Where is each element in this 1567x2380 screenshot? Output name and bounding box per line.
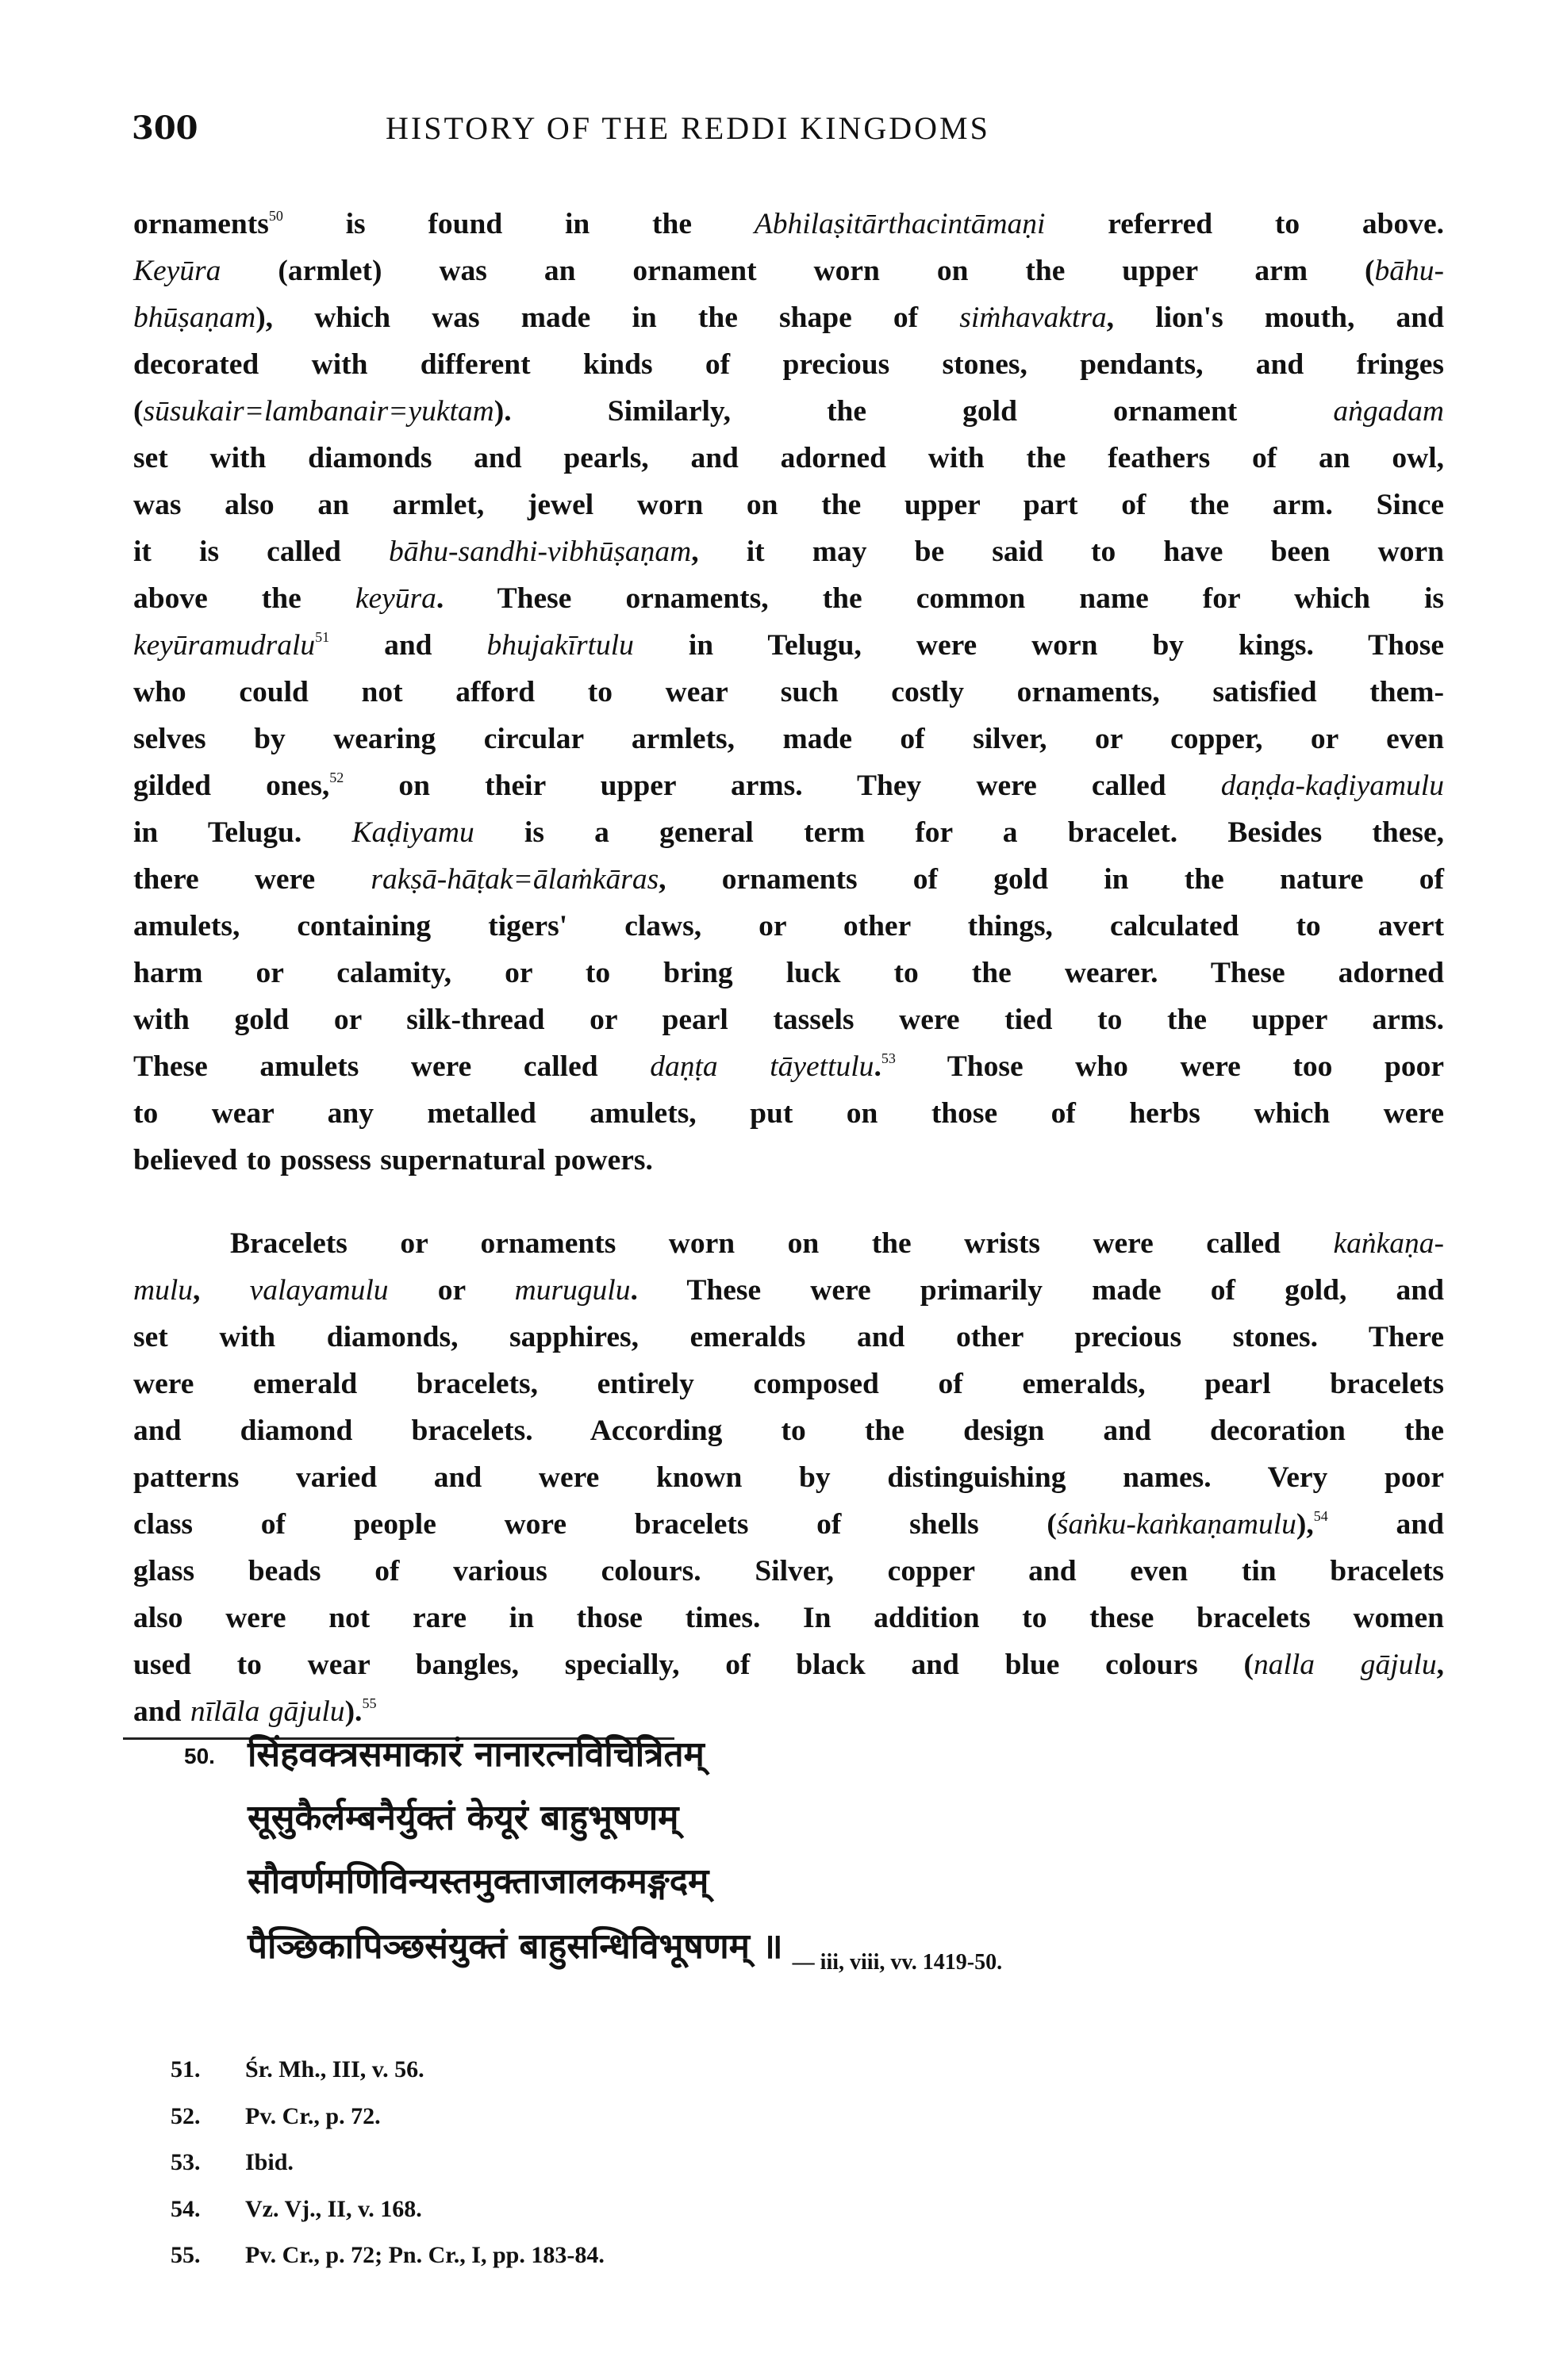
italic-term: sūsukair=lambanair=yuktam [144,395,494,428]
sanskrit-verse-line: सूसुकैर्लम्बनैर्युक्तं केयूरं बाहुभूषणम् [248,1787,678,1850]
italic-term: Kaḍiyamu [352,816,474,849]
italic-term: śaṅku-kaṅkaṇamulu [1057,1508,1296,1541]
footnote-reference: 54 [1314,1508,1328,1524]
text-line: also were not rare in those times. In ad… [133,1595,1444,1641]
text-line: were emerald bracelets, entirely compose… [133,1361,1444,1407]
footnote-number: 50. [184,1744,215,1769]
text-line: with gold or silk-thread or pearl tassel… [133,996,1444,1043]
footnote-text: Śr. Mh., III, v. 56. [245,2047,424,2094]
text-line: and diamond bracelets. According to the … [133,1407,1444,1454]
italic-term: murugulu [515,1274,631,1307]
text-line: set with diamonds, sapphires, emeralds a… [133,1314,1444,1361]
text-line: selves by wearing circular armlets, made… [133,716,1444,762]
text-line: mulu, valayamulu or murugulu. These were… [133,1267,1444,1314]
footnote-text: Ibid. [245,2140,294,2186]
italic-term: bāhu- [1375,255,1445,287]
footnote-reference: 55 [362,1695,376,1711]
footnote-53: 53. Ibid. [171,2140,1202,2186]
text-line: it is called bāhu-sandhi-vibhūṣaṇam, it … [133,528,1444,575]
italic-term: Abhilaṣitārthacintāmaṇi [755,208,1046,240]
text-line: amulets, containing tigers' claws, or ot… [133,903,1444,950]
text-line: used to wear bangles, specially, of blac… [133,1641,1444,1688]
text-line: Bracelets or ornaments worn on the wrist… [133,1220,1444,1267]
sanskrit-verse-text: पैञ्छिकापिञ्छसंयुक्तं बाहुसन्धिविभूषणम् … [248,1926,783,1967]
text-line: was also an armlet, jewel worn on the up… [133,482,1444,528]
italic-term: valayamulu [250,1274,389,1307]
italic-term: bāhu-sandhi-vibhūṣaṇam [389,535,691,568]
text-line: glass beads of various colours. Silver, … [133,1548,1444,1595]
text-line: gilded ones,52 on their upper arms. They… [133,762,1444,809]
footnote-number: 53. [171,2140,201,2186]
italic-term: mulu [133,1274,193,1307]
italic-term: daṇṭa tāyettulu [650,1050,874,1083]
sanskrit-verse-line: सिंहवक्त्रसमाकारं नानारत्नविचित्रितम् [248,1723,705,1787]
italic-term: bhujakīrtulu [487,629,634,662]
text-line: who could not afford to wear such costly… [133,669,1444,716]
text-line: in Telugu. Kaḍiyamu is a general term fo… [133,809,1444,856]
text-line: above the keyūra. These ornaments, the c… [133,575,1444,622]
paragraph-1: ornaments50 is found in the Abhilaṣitārt… [133,201,1444,1184]
sanskrit-verse-line-last: पैञ्छिकापिञ्छसंयुक्तं बाहुसन्धिविभूषणम् … [248,1915,1002,1994]
footnote-reference: 52 [329,770,344,785]
footnote-52: 52. Pv. Cr., p. 72. [171,2094,1202,2140]
verse-reference: — iii, viii, vv. 1419-50. [793,1950,1002,1975]
italic-term: nalla gājulu [1254,1649,1437,1681]
footnote-51: 51. Śr. Mh., III, v. 56. [171,2047,1202,2094]
italic-term: bhūṣaṇam [133,301,255,334]
italic-term: Keyūra [133,255,221,287]
footnote-number: 55. [171,2232,201,2279]
italic-term: siṁhavaktra [959,301,1106,334]
italic-term: keyūramudralu [133,629,315,662]
footnote-number: 54. [171,2186,201,2233]
text-line: ornaments50 is found in the Abhilaṣitārt… [133,201,1444,248]
italic-term: aṅgadam [1333,395,1444,428]
footnote-reference: 50 [269,208,283,224]
footnote-number: 51. [171,2047,201,2094]
footnote-text: Pv. Cr., p. 72; Pn. Cr., I, pp. 183-84. [245,2232,605,2279]
book-page: 300 HISTORY OF THE REDDI KINGDOMS orname… [0,0,1567,2380]
running-head: 300 HISTORY OF THE REDDI KINGDOMS [132,105,1449,152]
running-title: HISTORY OF THE REDDI KINGDOMS [386,105,990,152]
text-line: there were rakṣā-hāṭak=ālaṁkāras, orname… [133,856,1444,903]
footnote-number: 52. [171,2094,201,2140]
footnote-55: 55. Pv. Cr., p. 72; Pn. Cr., I, pp. 183-… [171,2232,1202,2279]
footnote-54: 54. Vz. Vj., II, v. 168. [171,2186,1202,2233]
text-line: keyūramudralu51 and bhujakīrtulu in Telu… [133,622,1444,669]
text-line: set with diamonds and pearls, and adorne… [133,435,1444,482]
text-line: believed to possess supernatural powers. [133,1137,1444,1184]
text-line: (sūsukair=lambanair=yuktam). Similarly, … [133,388,1444,435]
footnote-text: Pv. Cr., p. 72. [245,2094,381,2140]
page-number: 300 [132,105,198,152]
footnote-reference: 53 [881,1050,896,1066]
italic-term: rakṣā-hāṭak=ālaṁkāras [371,863,659,896]
text-line: class of people wore bracelets of shells… [133,1501,1444,1548]
footnote-text: Vz. Vj., II, v. 168. [245,2186,422,2233]
footnotes-list: 51. Śr. Mh., III, v. 56. 52. Pv. Cr., p.… [171,2047,1202,2279]
text-line: harm or calamity, or to bring luck to th… [133,950,1444,996]
text-line: Keyūra (armlet) was an ornament worn on … [133,248,1444,294]
text-line: decorated with different kinds of precio… [133,341,1444,388]
text-line: These amulets were called daṇṭa tāyettul… [133,1043,1444,1090]
italic-term: kaṅkaṇa- [1333,1227,1444,1260]
footnote-reference: 51 [315,629,329,645]
text-line: bhūṣaṇam), which was made in the shape o… [133,294,1444,341]
italic-term: keyūra [355,582,436,615]
sanskrit-verse-line: सौवर्णमणिविन्यस्तमुक्ताजालकमङ्गदम् [248,1850,709,1914]
text-line: patterns varied and were known by distin… [133,1454,1444,1501]
paragraph-2: Bracelets or ornaments worn on the wrist… [133,1220,1444,1735]
text-line: to wear any metalled amulets, put on tho… [133,1090,1444,1137]
italic-term: daṇḍa-kaḍiyamulu [1221,770,1444,802]
